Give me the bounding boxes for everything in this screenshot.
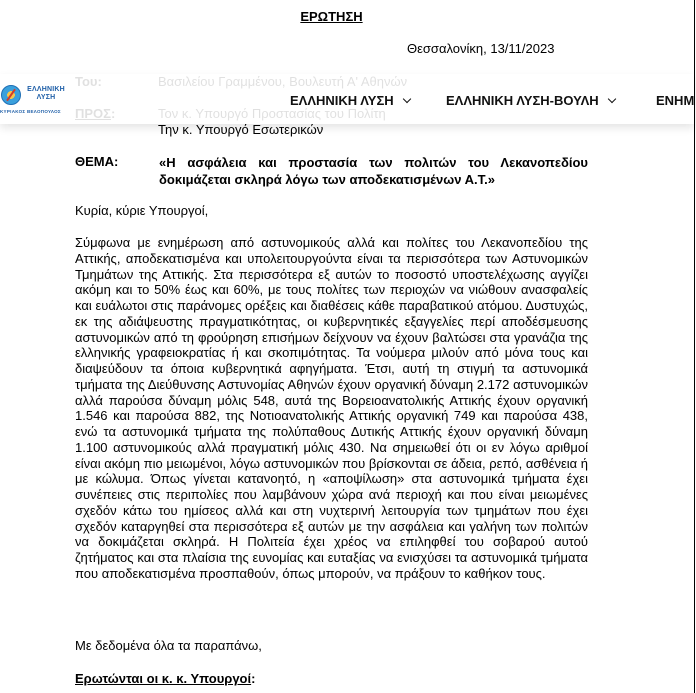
- compass-emblem-icon: [1, 85, 21, 105]
- to-row-2: Την κ. Υπουργό Εσωτερικών: [158, 122, 323, 137]
- place-date: Θεσσαλονίκη, 13/11/2023: [407, 41, 554, 56]
- nav-item-enimerosi[interactable]: ΕΝΗΜ: [656, 93, 694, 108]
- nav-item-elliniki-lysi[interactable]: ΕΛΛΗΝΙΚΗ ΛΥΣΗ: [290, 93, 410, 108]
- nav-item-label: ΕΛΛΗΝΙΚΗ ΛΥΣΗ-ΒΟΥΛΗ: [446, 93, 599, 108]
- question-heading-colon: :: [251, 671, 255, 686]
- logo-line-2: ΛΥΣΗ: [24, 94, 68, 102]
- logo-line-1: ΕΛΛΗΝΙΚΗ: [24, 86, 68, 94]
- subject-label: ΘΕΜΑ:: [75, 154, 159, 188]
- closing-line: Με δεδομένα όλα τα παραπάνω,: [75, 638, 588, 654]
- chevron-down-icon: [402, 94, 410, 102]
- to-value-2: Την κ. Υπουργό Εσωτερικών: [158, 122, 323, 137]
- page-edge-divider: [694, 0, 695, 693]
- logo-text: ΕΛΛΗΝΙΚΗ ΛΥΣΗ: [24, 86, 68, 102]
- document-title: ΕΡΩΤΗΣΗ: [0, 9, 663, 24]
- question-heading: Ερωτώνται οι κ. κ. Υπουργοί:: [75, 671, 255, 686]
- subject-text: «Η ασφάλεια και προστασία των πολιτών το…: [159, 154, 588, 188]
- nav-item-label: ΕΝΗΜ: [656, 93, 694, 108]
- subject-row: ΘΕΜΑ: «Η ασφάλεια και προστασία των πολι…: [75, 154, 588, 188]
- salutation: Κυρία, κύριε Υπουργοί,: [75, 203, 588, 219]
- question-heading-text: Ερωτώνται οι κ. κ. Υπουργοί: [75, 671, 251, 686]
- logo-subtitle: ΚΥΡΙΑΚΟΣ ΒΕΛΟΠΟΥΛΟΣ: [0, 109, 72, 114]
- nav-item-label: ΕΛΛΗΝΙΚΗ ΛΥΣΗ: [290, 93, 394, 108]
- site-logo[interactable]: ΕΛΛΗΝΙΚΗ ΛΥΣΗ ΚΥΡΙΑΚΟΣ ΒΕΛΟΠΟΥΛΟΣ: [0, 82, 72, 116]
- body-paragraph: Σύμφωνα με ενημέρωση από αστυνομικούς αλ…: [75, 235, 588, 582]
- chevron-down-icon: [607, 94, 615, 102]
- site-navbar: ΕΛΛΗΝΙΚΗ ΛΥΣΗ ΚΥΡΙΑΚΟΣ ΒΕΛΟΠΟΥΛΟΣ ΕΛΛΗΝΙ…: [0, 74, 694, 124]
- nav-item-elliniki-lysi-vouli[interactable]: ΕΛΛΗΝΙΚΗ ΛΥΣΗ-ΒΟΥΛΗ: [446, 93, 615, 108]
